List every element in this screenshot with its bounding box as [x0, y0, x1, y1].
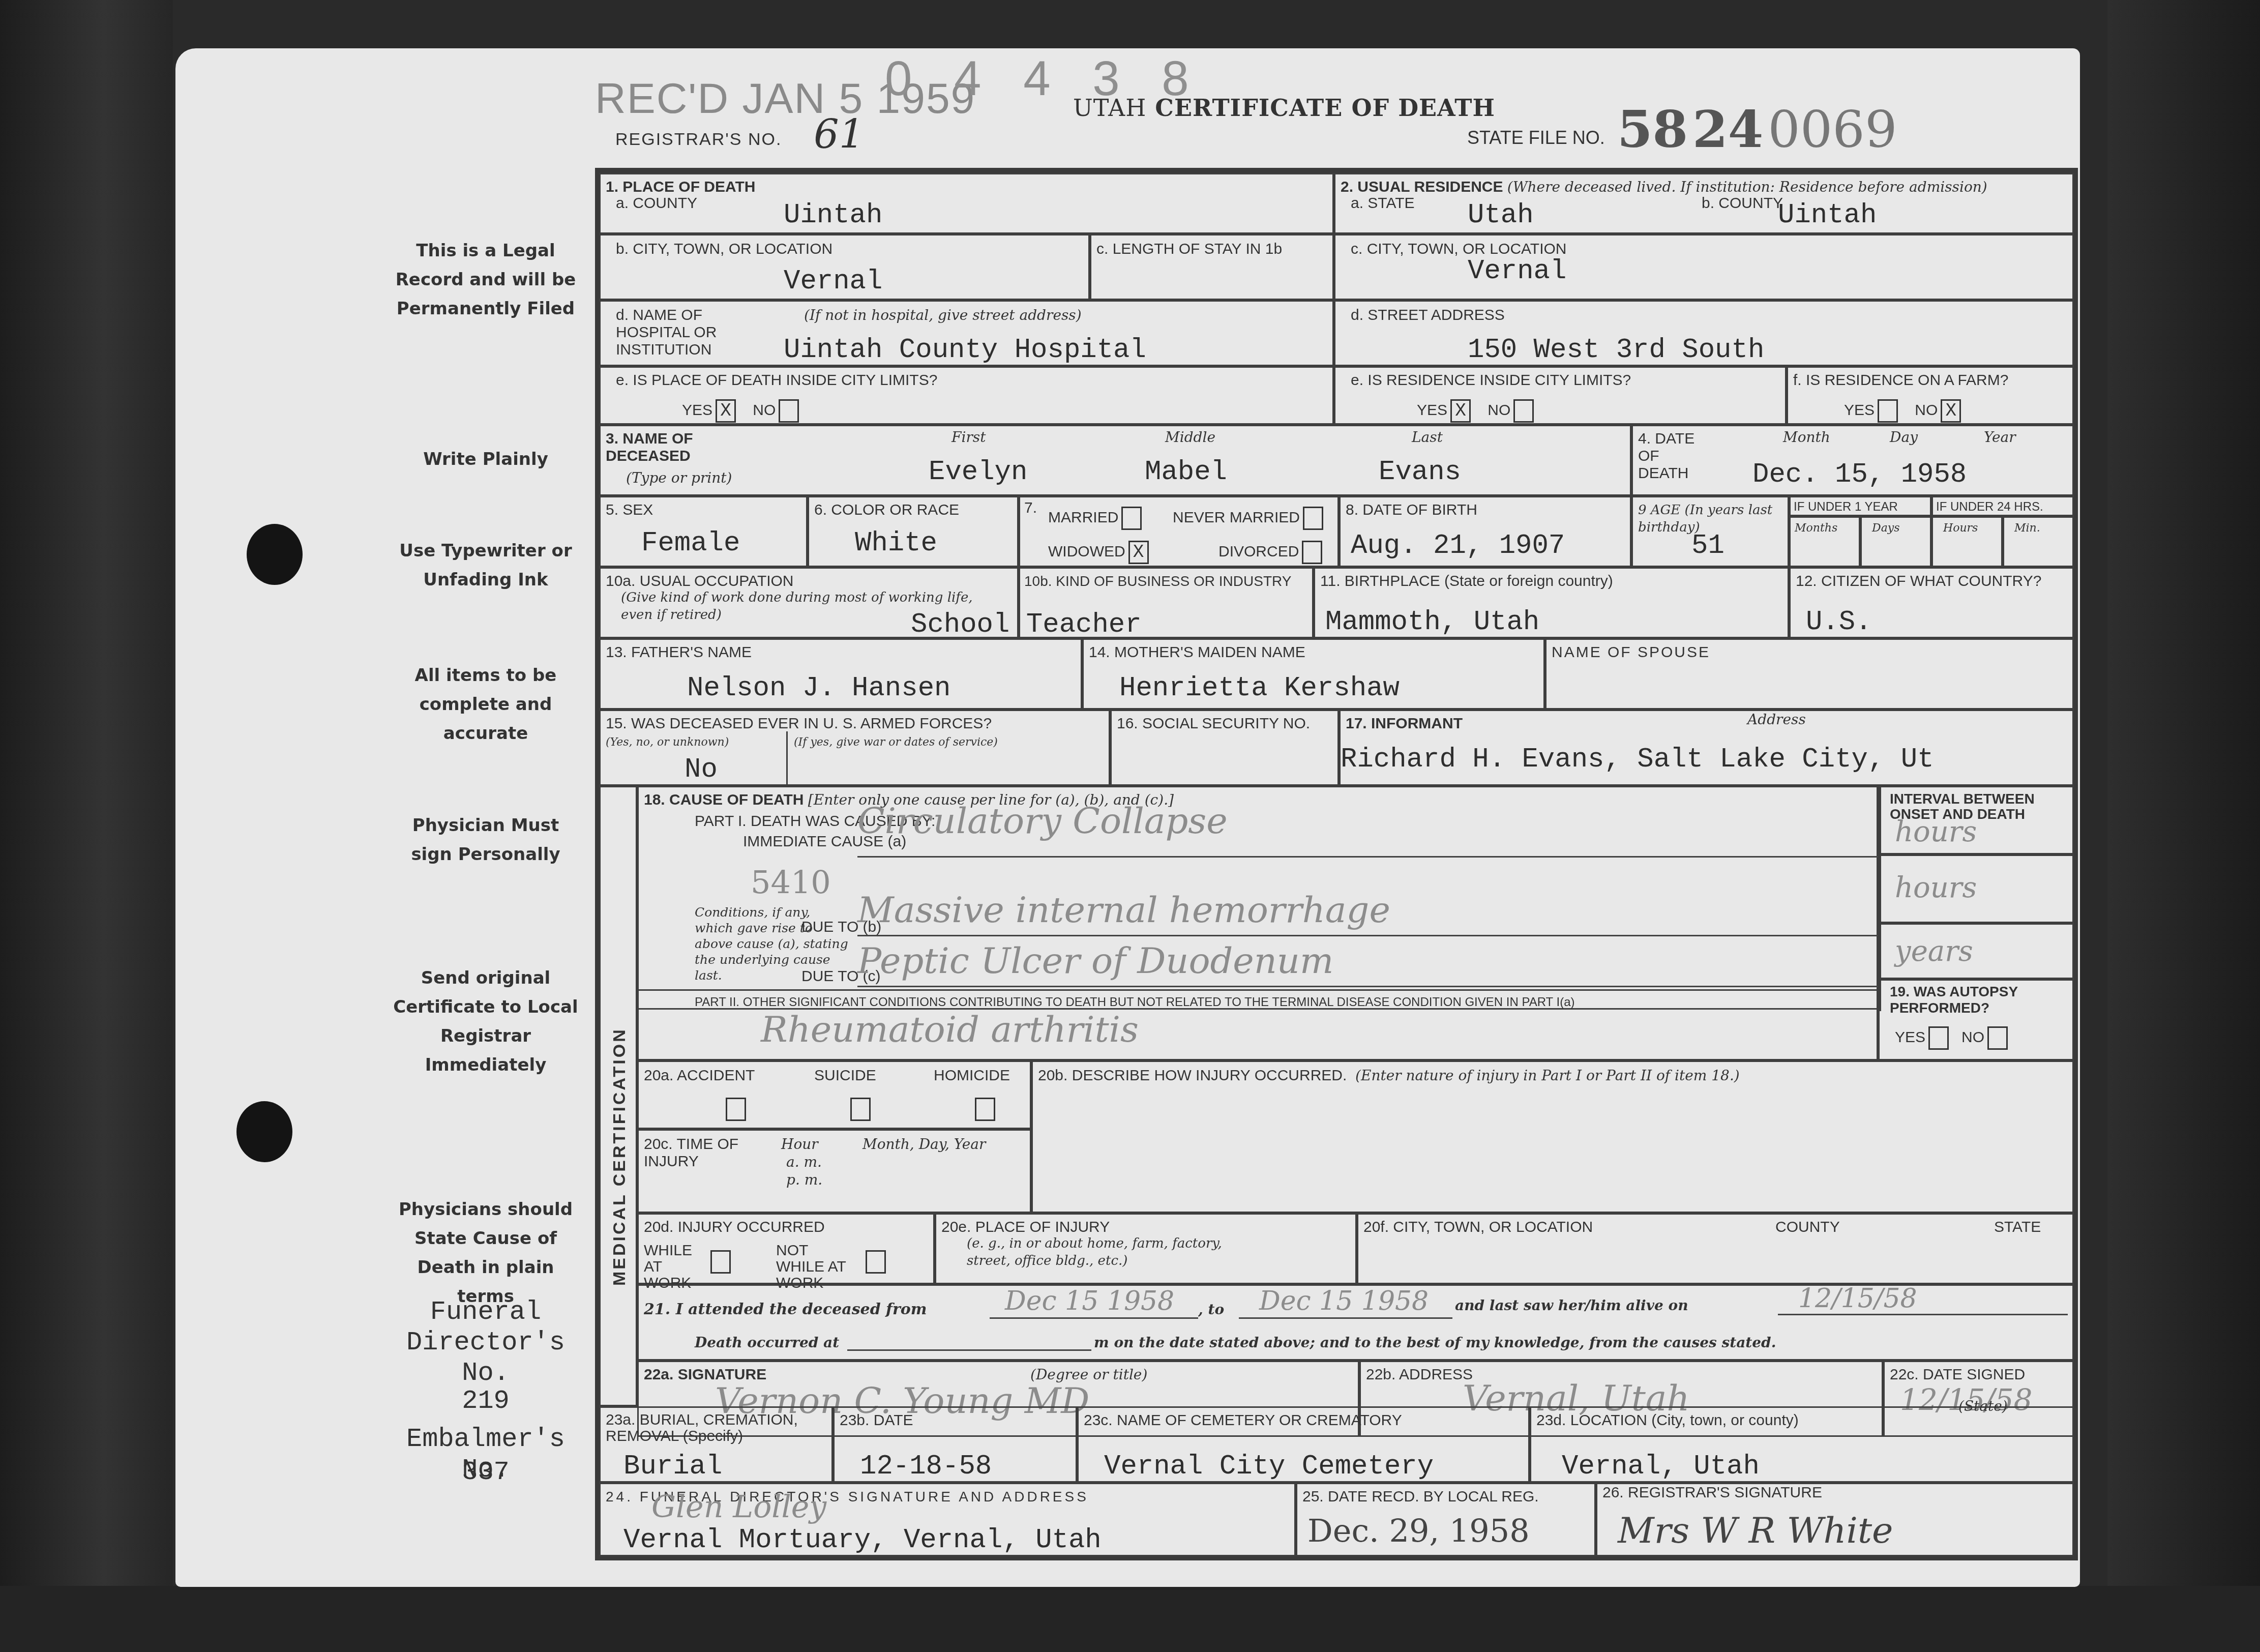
registrar-no: 61: [814, 112, 864, 158]
binder-edge-left: [0, 0, 173, 1652]
race-value: White: [855, 528, 937, 559]
field-autopsy: 19. WAS AUTOPSY PERFORMED? YES NO: [1878, 979, 2074, 1060]
due-to-c-value: Peptic Ulcer of Duodenum: [857, 940, 1333, 982]
field-father-name[interactable]: 13. FATHER'S NAME Nelson J. Hansen: [599, 638, 1082, 710]
field-sex[interactable]: 5. SEX Female: [599, 496, 808, 567]
residence-street-value: 150 West 3rd South: [1468, 335, 1764, 366]
field-race[interactable]: 6. COLOR OR RACE White: [808, 496, 1019, 567]
cemetery-value: Vernal City Cemetery: [1104, 1451, 1434, 1482]
checkbox-not-while-at-work[interactable]: [866, 1250, 886, 1274]
side-note-complete: All items to be complete and accurate: [389, 661, 582, 748]
binder-edge-right: [2107, 0, 2260, 1652]
field-residence-state-county[interactable]: 2. USUAL RESIDENCE (Where deceased lived…: [1334, 173, 2074, 234]
side-note-plain-terms: Physicians should State Cause of Death i…: [389, 1195, 582, 1311]
funeral-director-signature: Glen Lolley: [651, 1489, 826, 1525]
field-cemetery[interactable]: 23c. NAME OF CEMETERY OR CREMATORY Verna…: [1077, 1406, 1530, 1483]
field-death-county[interactable]: 1. PLACE OF DEATH a. COUNTY Uintah: [599, 173, 1334, 234]
punch-hole-icon: [236, 1101, 292, 1162]
field-interval-b[interactable]: hours: [1878, 854, 2074, 923]
checkbox-farm-yes[interactable]: [1878, 399, 1898, 423]
field-hospital[interactable]: d. NAME OF HOSPITAL OR INSTITUTION (If n…: [599, 300, 1334, 366]
field-deceased-name[interactable]: 3. NAME OF DECEASED (Type or print) Firs…: [599, 425, 1631, 496]
medical-certification-band: MEDICAL CERTIFICATION: [599, 786, 637, 1406]
state-file-number: 58 24 0069: [1617, 99, 1897, 159]
field-injury-location[interactable]: 20f. CITY, TOWN, OR LOCATION COUNTY STAT…: [1357, 1213, 2074, 1284]
side-note-physician-sign: Physician Must sign Personally: [389, 811, 582, 869]
under-24-hrs-header: IF UNDER 24 HRS.: [1931, 496, 2074, 516]
checkbox-homicide[interactable]: [975, 1098, 995, 1121]
field-residence-street[interactable]: d. STREET ADDRESS 150 West 3rd South: [1334, 300, 2074, 366]
cause-code: 5410: [751, 864, 831, 901]
field-place-of-injury[interactable]: 20e. PLACE OF INJURY (e. g., in or about…: [935, 1213, 1357, 1284]
residence-city-value: Vernal: [1468, 256, 1566, 287]
field-age-days[interactable]: Days: [1860, 516, 1931, 567]
death-county-value: Uintah: [784, 200, 882, 231]
field-manner-of-death: 20a. ACCIDENT SUICIDE HOMICIDE: [637, 1060, 1031, 1129]
interval-c-value: years: [1895, 935, 1973, 968]
registrar-signature-value: Mrs W R White: [1618, 1510, 1893, 1551]
interval-a-value: hours: [1895, 815, 1977, 848]
checkbox-widowed[interactable]: X: [1128, 541, 1149, 564]
field-cemetery-location[interactable]: 23d. LOCATION (City, town, or county) (S…: [1530, 1406, 2074, 1483]
field-residence-farm: f. IS RESIDENCE ON A FARM? YES NOX: [1787, 366, 2074, 425]
field-birthplace[interactable]: 11. BIRTHPLACE (State or foreign country…: [1314, 567, 1789, 638]
disposition-date-value: 12-18-58: [860, 1451, 992, 1482]
field-spouse-name[interactable]: NAME OF SPOUSE: [1545, 638, 2074, 710]
field-injury-occurred: 20d. INJURY OCCURRED WHILE AT WORK NOT W…: [637, 1213, 935, 1284]
checkbox-residence-city-limits-yes[interactable]: X: [1450, 399, 1471, 423]
field-death-city[interactable]: b. CITY, TOWN, OR LOCATION Vernal: [599, 234, 1090, 300]
side-note-typewriter: Use Typewriter or Unfading Ink: [389, 537, 582, 595]
residence-county-value: Uintah: [1778, 200, 1877, 231]
field-length-of-stay[interactable]: c. LENGTH OF STAY IN 1b: [1090, 234, 1334, 300]
field-time-of-injury[interactable]: 20c. TIME OF INJURY Hour a. m. p. m. Mon…: [637, 1129, 1031, 1213]
checkbox-suicide[interactable]: [850, 1098, 871, 1121]
death-city-value: Vernal: [784, 266, 882, 297]
age-value: 51: [1691, 530, 1724, 562]
funeral-director-value: Vernal Mortuary, Vernal, Utah: [623, 1525, 1102, 1556]
informant-value: Richard H. Evans, Salt Lake City, Ut: [1341, 744, 1934, 775]
part-2-value: Rheumatoid arthritis: [761, 1009, 1139, 1050]
birthplace-value: Mammoth, Utah: [1325, 607, 1539, 638]
armed-forces-value: No: [685, 754, 718, 785]
middle-name-value: Mabel: [1145, 457, 1227, 488]
scan-background-bottom: [0, 1586, 2260, 1652]
field-residence-city[interactable]: c. CITY, TOWN, OR LOCATION Vernal: [1334, 234, 2074, 300]
immediate-cause-value: Circulatory Collapse: [857, 800, 1228, 842]
side-note-send-original: Send original Certificate to Local Regis…: [389, 964, 582, 1080]
mother-name-value: Henrietta Kershaw: [1119, 673, 1400, 704]
certificate-form: 1. PLACE OF DEATH a. COUNTY Uintah b. CI…: [595, 168, 2078, 1560]
punch-hole-icon: [247, 524, 303, 585]
due-to-b-value: Massive internal hemorrhage: [857, 889, 1390, 931]
checkbox-divorced[interactable]: [1302, 541, 1322, 564]
funeral-director-no: 219: [389, 1386, 582, 1417]
field-citizenship[interactable]: 12. CITIZEN OF WHAT COUNTRY? U.S.: [1789, 567, 2074, 638]
field-part-2-conditions[interactable]: PART II. OTHER SIGNIFICANT CONDITIONS CO…: [637, 989, 1878, 1060]
checkbox-while-at-work[interactable]: [710, 1250, 731, 1274]
field-interval-c[interactable]: years: [1878, 923, 2074, 979]
residence-state-value: Utah: [1468, 200, 1534, 231]
field-registrar-signature[interactable]: 26. REGISTRAR'S SIGNATURE Mrs W R White: [1596, 1483, 2074, 1556]
checkbox-death-city-limits-yes[interactable]: X: [716, 399, 736, 423]
date-received-value: Dec. 29, 1958: [1307, 1512, 1530, 1549]
checkbox-never-married[interactable]: [1303, 507, 1323, 530]
checkbox-farm-no[interactable]: X: [1941, 399, 1961, 423]
field-industry[interactable]: 10b. KIND OF BUSINESS OR INDUSTRY: [1019, 567, 1314, 638]
field-date-of-death[interactable]: 4. DATE OF DEATH Month Day Year Dec. 15,…: [1631, 425, 2074, 496]
attended-from-value: Dec 15 1958: [1005, 1286, 1174, 1316]
registrar-no-label: REGISTRAR'S NO.: [615, 130, 782, 150]
field-age-hours[interactable]: Hours: [1931, 516, 2003, 567]
field-informant[interactable]: 17. INFORMANT Address Richard H. Evans, …: [1339, 710, 2074, 786]
field-date-received[interactable]: 25. DATE RECD. BY LOCAL REG. Dec. 29, 19…: [1296, 1483, 1596, 1556]
embalmer-no: 337: [389, 1457, 582, 1488]
field-disposition-date[interactable]: 23b. DATE 12-18-58: [833, 1406, 1077, 1483]
field-residence-city-limits: e. IS RESIDENCE INSIDE CITY LIMITS? YESX…: [1334, 366, 1787, 425]
field-marital-status: 7. MARRIED NEVER MARRIED WIDOWEDX DIVORC…: [1019, 496, 1339, 567]
field-death-city-limits: e. IS PLACE OF DEATH INSIDE CITY LIMITS?…: [599, 366, 1334, 425]
attended-to-value: Dec 15 1958: [1259, 1286, 1429, 1316]
citizenship-value: U.S.: [1806, 607, 1872, 638]
field-interval-a[interactable]: INTERVAL BETWEEN ONSET AND DEATH hours: [1878, 786, 2074, 854]
checkbox-death-city-limits-no[interactable]: [779, 399, 799, 423]
sex-value: Female: [641, 528, 740, 559]
document-title: UTAH CERTIFICATE OF DEATH: [1073, 94, 1495, 122]
interval-b-value: hours: [1895, 871, 1977, 904]
field-funeral-director[interactable]: 24. FUNERAL DIRECTOR'S SIGNATURE AND ADD…: [599, 1483, 1296, 1556]
last-name-value: Evans: [1379, 457, 1461, 488]
field-date-of-birth[interactable]: 8. DATE OF BIRTH Aug. 21, 1907: [1339, 496, 1631, 567]
checkbox-accident[interactable]: [726, 1098, 746, 1121]
field-age[interactable]: 9 AGE (In years last birthday) 51: [1631, 496, 1789, 567]
side-note-write-plainly: Write Plainly: [389, 445, 582, 474]
funeral-director-no-label: Funeral Director's No.: [389, 1297, 582, 1389]
date-of-birth-value: Aug. 21, 1907: [1351, 530, 1565, 562]
field-ssn[interactable]: 16. SOCIAL SECURITY NO.: [1110, 710, 1339, 786]
date-of-death-value: Dec. 15, 1958: [1752, 459, 1967, 490]
field-occupation[interactable]: 10a. USUAL OCCUPATION (Give kind of work…: [599, 567, 1019, 638]
cemetery-location-value: Vernal, Utah: [1562, 1451, 1760, 1482]
checkbox-married[interactable]: [1121, 507, 1142, 530]
state-file-label: STATE FILE NO.: [1467, 127, 1605, 149]
last-saw-value: 12/15/58: [1798, 1283, 1917, 1314]
side-note-legal-record: This is a Legal Record and will be Perma…: [389, 237, 582, 323]
field-injury-description[interactable]: 20b. DESCRIBE HOW INJURY OCCURRED. (Ente…: [1031, 1060, 2074, 1213]
father-name-value: Nelson J. Hansen: [687, 673, 950, 704]
checkbox-residence-city-limits-no[interactable]: [1513, 399, 1534, 423]
hospital-value: Uintah County Hospital: [784, 335, 1146, 366]
checkbox-autopsy-yes[interactable]: [1928, 1026, 1949, 1050]
checkbox-autopsy-no[interactable]: [1987, 1026, 2008, 1050]
field-age-months[interactable]: Months: [1789, 516, 1860, 567]
field-attendance[interactable]: 21. I attended the deceased from Dec 15 …: [637, 1284, 2074, 1361]
first-name-value: Evelyn: [929, 457, 1027, 488]
disposition-type-value: Burial: [623, 1451, 722, 1482]
field-armed-forces[interactable]: 15. WAS DECEASED EVER IN U. S. ARMED FOR…: [599, 710, 1110, 786]
field-disposition-type[interactable]: 23a. BURIAL, CREMATION, REMOVAL (Specify…: [599, 1406, 833, 1483]
field-cause-of-death[interactable]: 18. CAUSE OF DEATH [Enter only one cause…: [637, 786, 1878, 1010]
field-mother-maiden-name[interactable]: 14. MOTHER'S MAIDEN NAME Henrietta Kersh…: [1082, 638, 1545, 710]
field-age-minutes[interactable]: Min.: [2003, 516, 2074, 567]
under-1-year-header: IF UNDER 1 YEAR: [1789, 496, 1931, 516]
